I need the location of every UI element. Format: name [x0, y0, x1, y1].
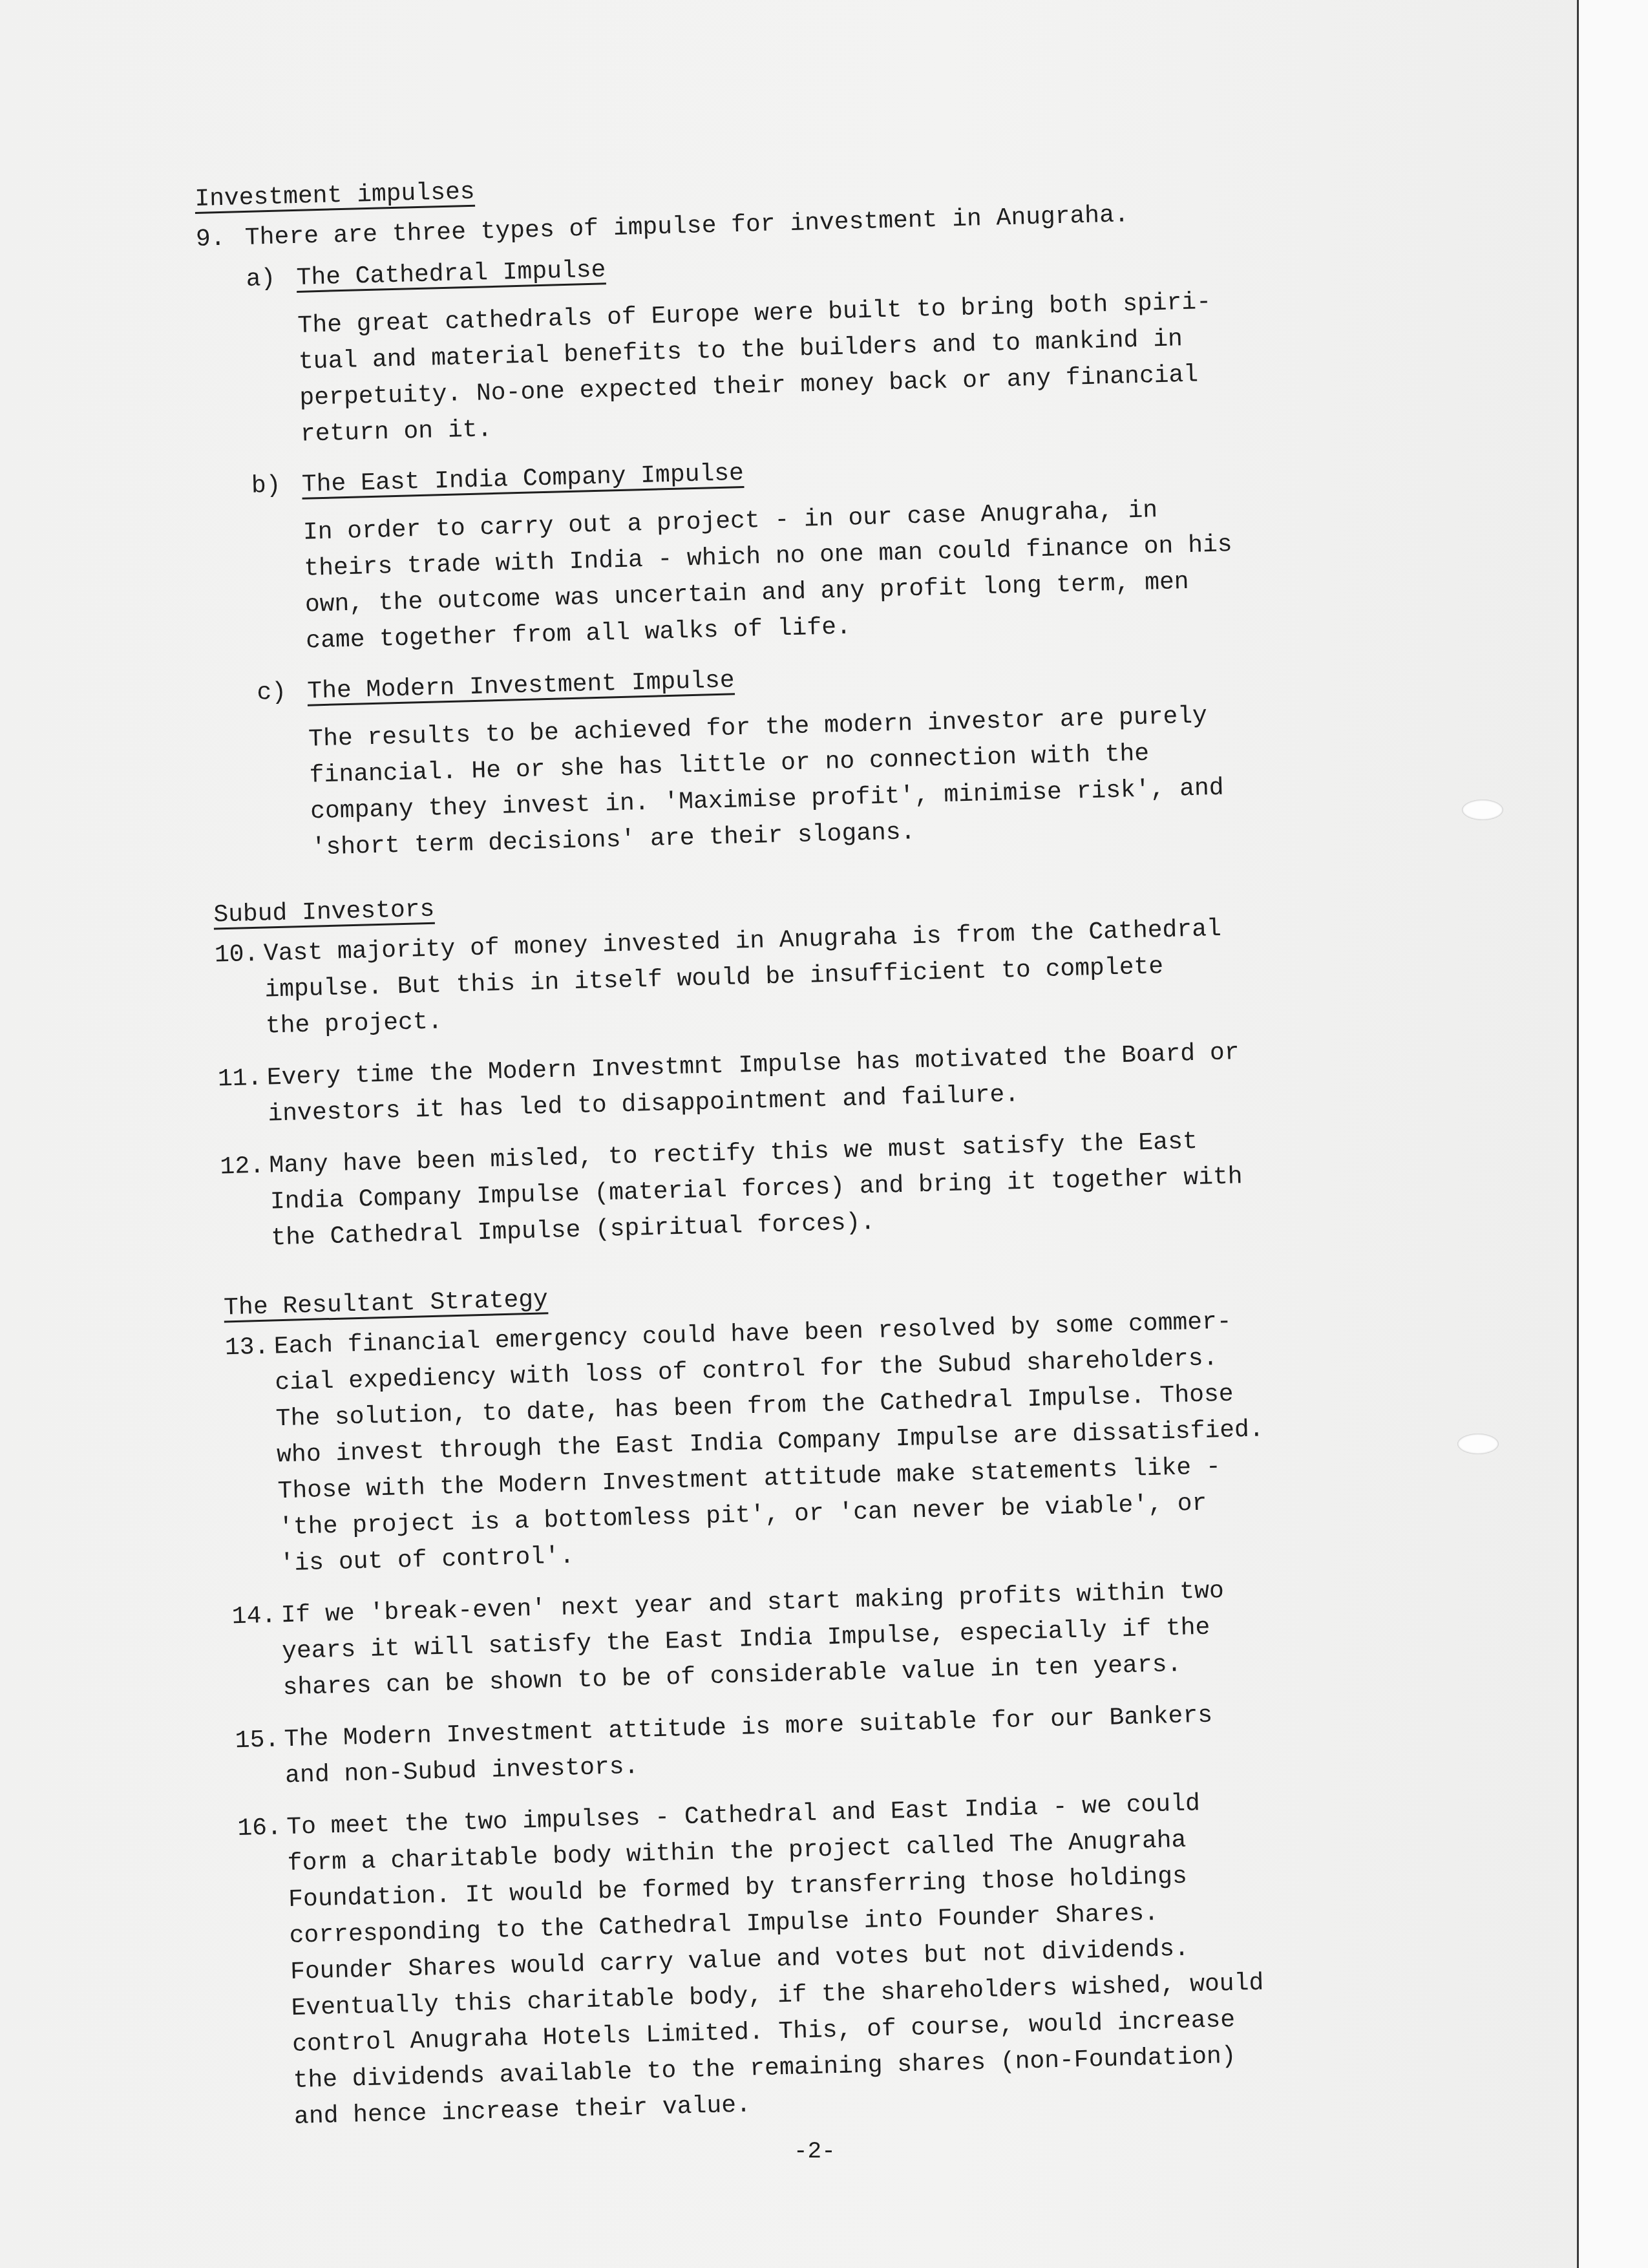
paragraph-text: To meet the two impulses - Cathedral and… — [286, 1780, 1422, 2135]
paragraph-text: The Modern Investment attitude is more s… — [284, 1693, 1412, 1795]
numbered-paragraph: 11.Every time the Modern Investmnt Impul… — [217, 1031, 1395, 1134]
section-heading: Subud Investors — [213, 892, 435, 934]
paragraph-text: Each financial emergency could have been… — [273, 1300, 1407, 1583]
sub-item: c)The Modern Investment ImpulseThe resul… — [257, 646, 1389, 880]
sub-item-letter: c) — [257, 674, 312, 880]
sub-item-letter: b) — [251, 467, 306, 673]
numbered-paragraph: 12.Many have been misled, to rectify thi… — [220, 1119, 1399, 1258]
paragraph-text: Many have been misled, to rectify this w… — [269, 1119, 1399, 1257]
numbered-paragraph: 15.The Modern Investment attitude is mor… — [235, 1693, 1412, 1796]
page-number: -2- — [794, 2138, 836, 2165]
section-heading: The Resultant Strategy — [224, 1282, 549, 1326]
paragraph-number: 14. — [231, 1598, 283, 1708]
paragraph-number: 12. — [220, 1148, 271, 1258]
numbered-paragraph: 13.Each financial emergency could have b… — [224, 1300, 1407, 1584]
document-body: Investment impulses9.There are three typ… — [194, 134, 1422, 2152]
paragraph-number: 9. — [195, 220, 245, 258]
sub-item: a)The Cathedral ImpulseThe great cathedr… — [246, 232, 1378, 466]
numbered-paragraph: 14.If we 'break-even' next year and star… — [231, 1569, 1410, 1708]
paragraph-number: 15. — [235, 1722, 286, 1796]
sub-item-letter: a) — [246, 260, 301, 466]
sub-item-title: The East India Company Impulse — [301, 460, 744, 499]
sub-item-title: The Modern Investment Impulse — [307, 666, 735, 705]
paragraph-number: 16. — [237, 1810, 295, 2137]
punch-hole-bottom — [1457, 1434, 1499, 1454]
page-backing-edge — [1577, 0, 1648, 2268]
numbered-paragraph: 16.To meet the two impulses - Cathedral … — [237, 1780, 1422, 2136]
sub-item-text: The results to be achieved for the moder… — [308, 694, 1388, 867]
paragraph-text: Every time the Modern Investmnt Impulse … — [266, 1031, 1395, 1133]
sub-item-text: The great cathedrals of Europe were buil… — [297, 280, 1377, 453]
sub-item-text: In order to carry out a project - in our… — [302, 487, 1382, 660]
paragraph-text: If we 'break-even' next year and start m… — [280, 1569, 1410, 1707]
paragraph-number: 13. — [224, 1329, 280, 1584]
sub-item-title: The Cathedral Impulse — [296, 256, 606, 292]
paragraph-number: 10. — [214, 937, 266, 1046]
section-heading: Investment impulses — [195, 175, 476, 218]
sub-item: b)The East India Company ImpulseIn order… — [251, 439, 1383, 673]
numbered-paragraph: 9.There are three types of impulse for i… — [195, 191, 1388, 880]
paragraph-number: 11. — [217, 1061, 268, 1134]
punch-hole-top — [1462, 800, 1503, 820]
